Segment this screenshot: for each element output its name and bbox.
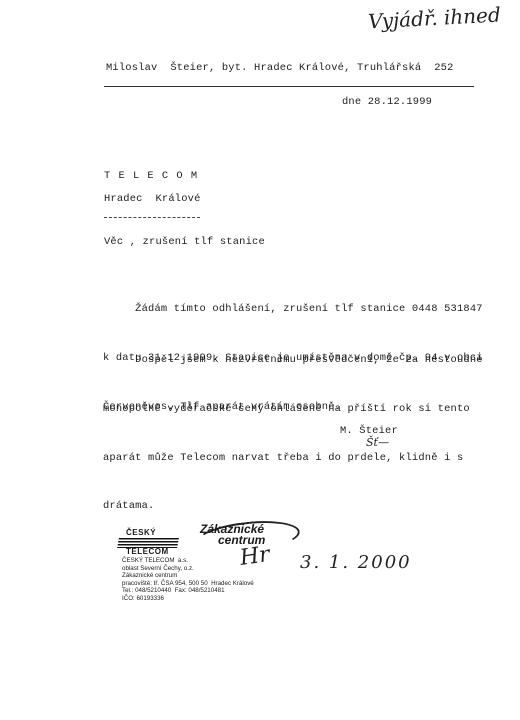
letter-date: dne 28.12.1999	[342, 96, 432, 108]
handwritten-note: Vyjádř. ihned	[367, 3, 501, 34]
sender-line: Miloslav Šteier, byt. Hradec Králové, Tr…	[106, 62, 454, 74]
stamp-line: ČESKÝ TELECOM a.s.	[122, 557, 254, 565]
stamp-initials: Hr	[238, 542, 271, 571]
paragraph-line: drátama.	[103, 498, 503, 514]
recipient-underline	[104, 217, 200, 218]
letter-subject: Věc , zrušení tlf stanice	[104, 236, 265, 248]
stamp-line: pracoviště: tř. ČSA 954, 500 50 Hradec K…	[122, 580, 254, 588]
letter-page: Vyjádř. ihned Miloslav Šteier, byt. Hrad…	[0, 0, 520, 720]
handwritten-received-date: 3. 1. 2000	[300, 552, 412, 573]
stamp-line: oblast Severní Čechy, o.z.	[122, 565, 254, 573]
paragraph-line: Dospěl jsem k nezvratnému přesvědčení, ž…	[103, 352, 503, 368]
recipient-name: T E L E C O M	[104, 170, 198, 182]
paragraph-line: monopolně vyděračské ceny ohlášené na př…	[103, 401, 503, 417]
paragraph-line: aparát může Telecom narvat třeba i do pr…	[103, 450, 503, 466]
recipient-city: Hradec Králové	[104, 193, 201, 205]
stamp-address: ČESKÝ TELECOM a.s.oblast Severní Čechy, …	[122, 557, 254, 603]
sender-underline	[104, 86, 474, 87]
stamp-logo-bottom: TELECOM	[126, 547, 169, 556]
stamp-line: Zákaznické centrum	[122, 572, 254, 580]
stamp-line: IČO: 60193336	[122, 595, 254, 603]
stamp-logo-top: ČESKÝ	[126, 528, 156, 537]
paragraph-line: Žádám tímto odhlášení, zrušení tlf stani…	[103, 301, 503, 317]
signature-scrawl: Šť—	[366, 436, 389, 449]
paragraph-complaint: Dospěl jsem k nezvratnému přesvědčení, ž…	[103, 320, 503, 547]
stamp-line: Tel.: 048/5210440 Fax: 048/5210481	[122, 587, 254, 595]
